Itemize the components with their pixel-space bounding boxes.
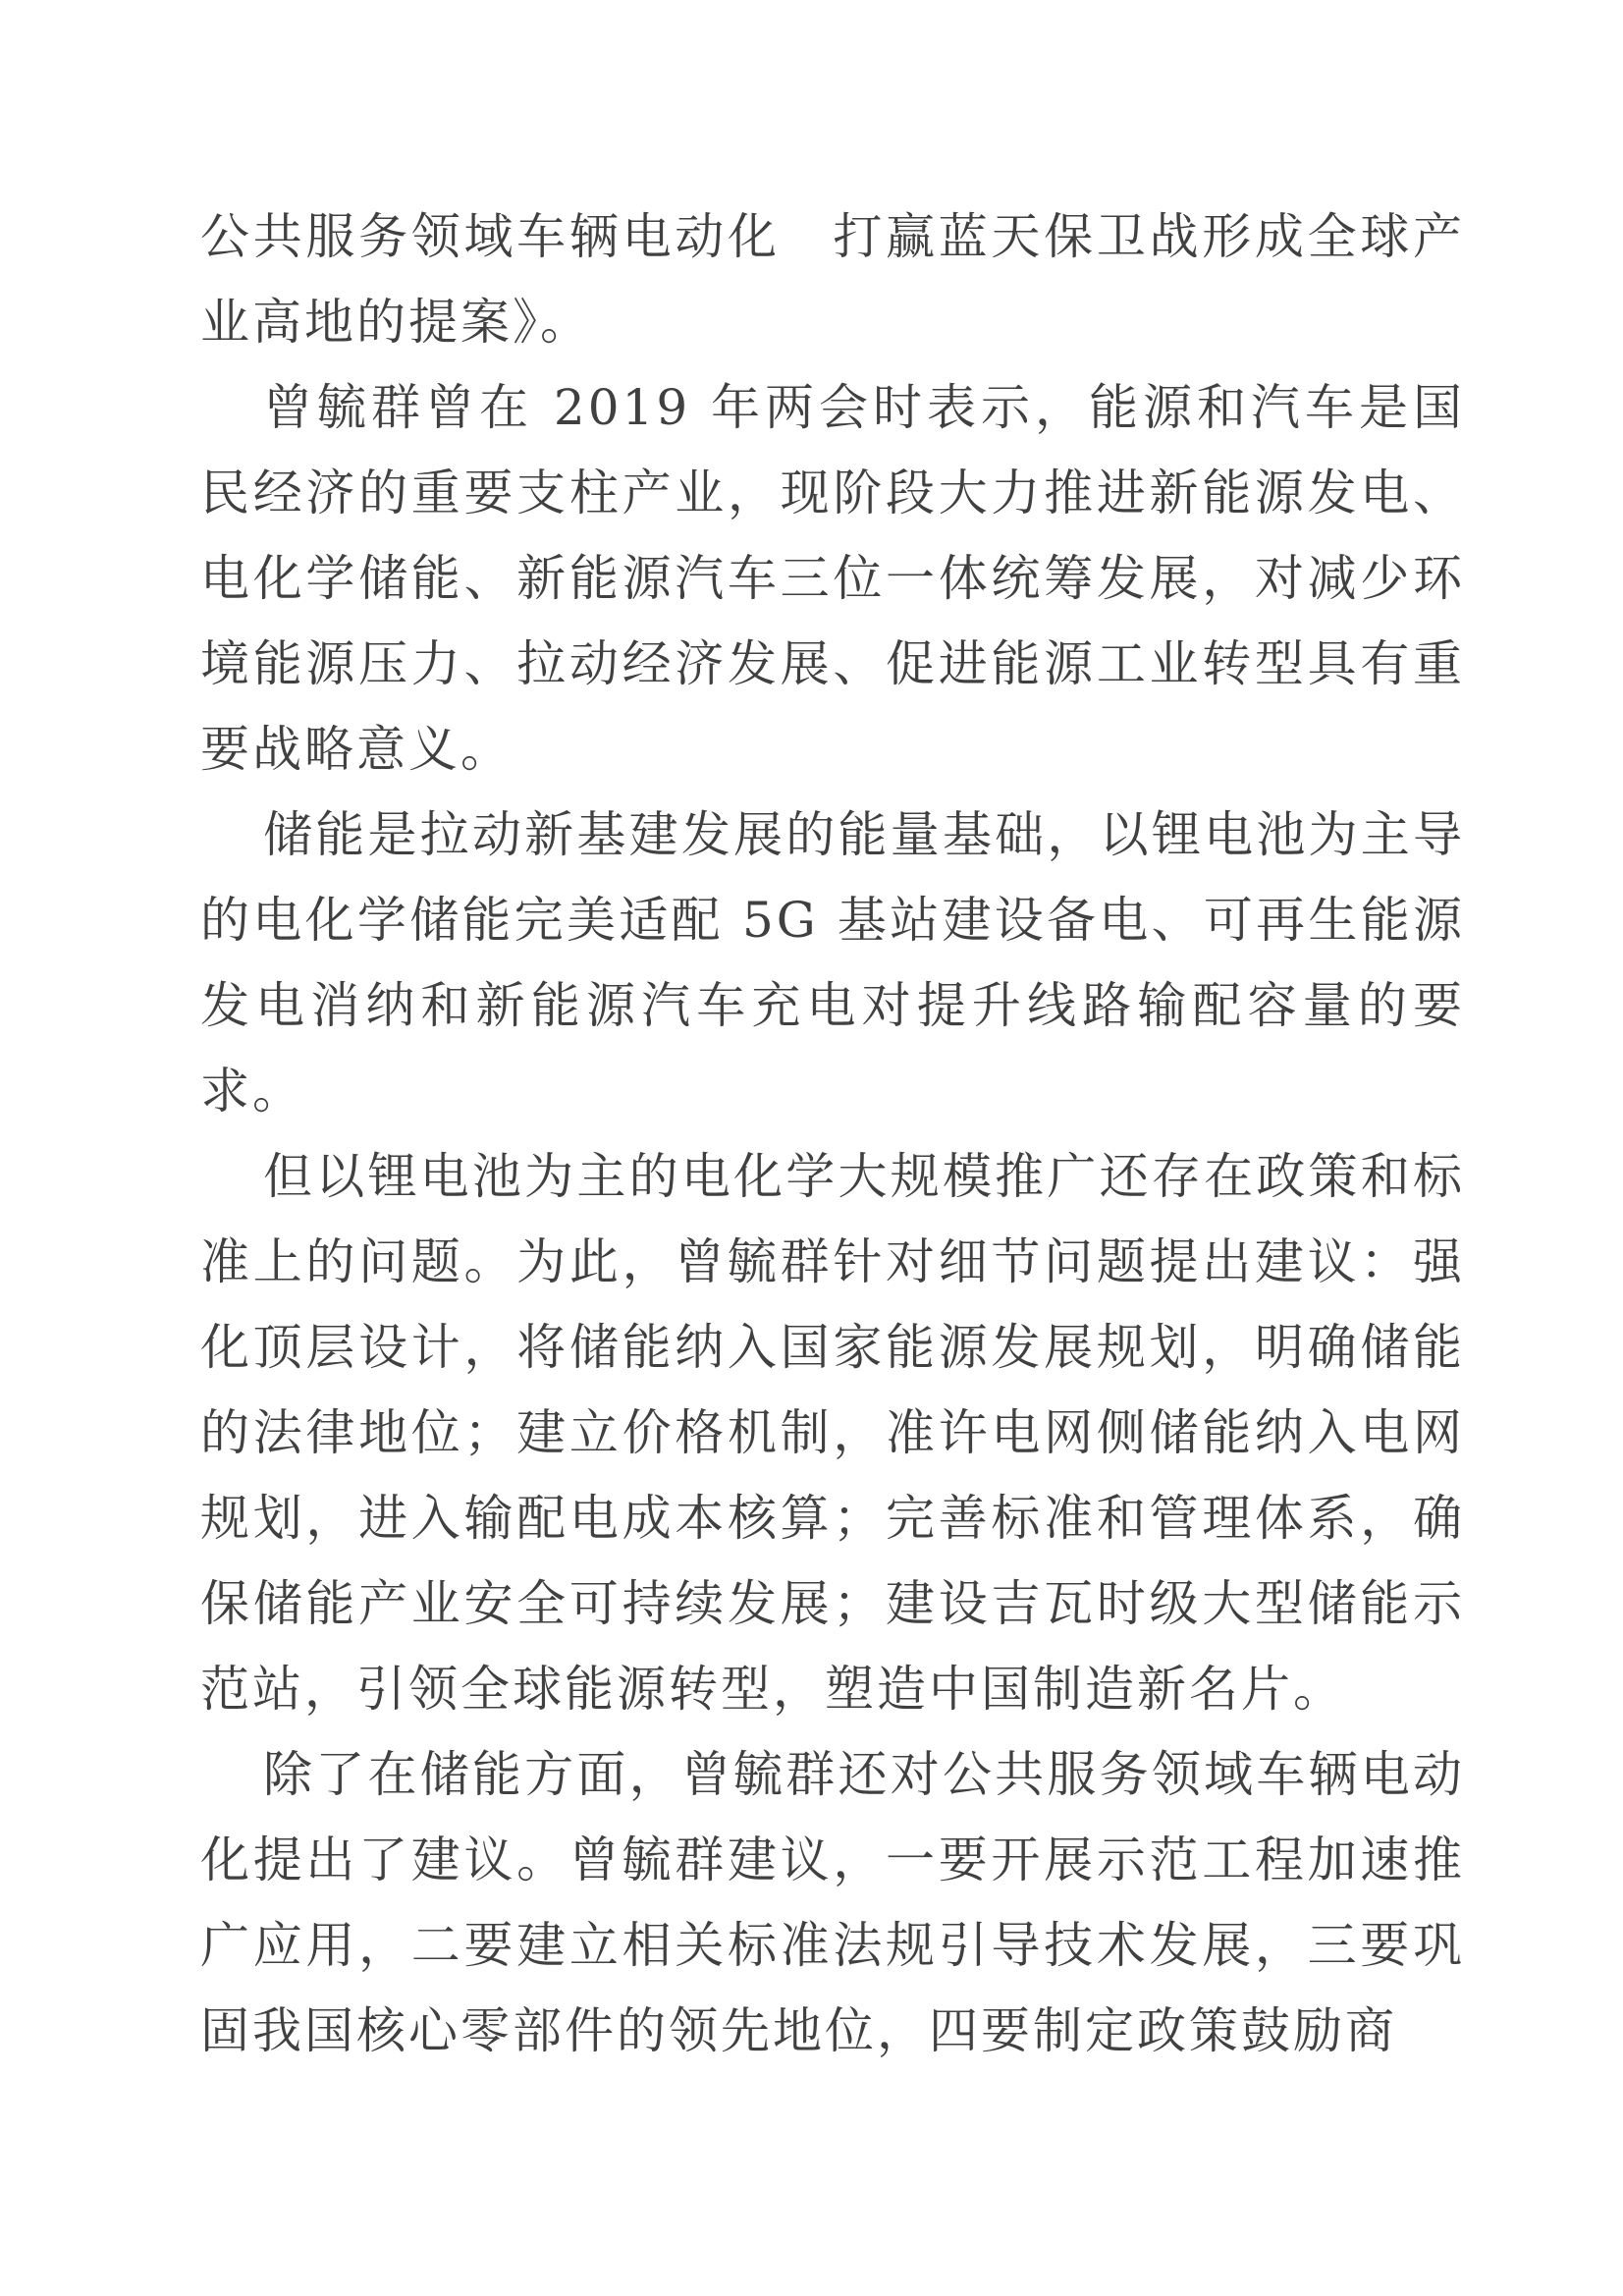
paragraph: 但以锂电池为主的电化学大规模推广还存在政策和标准上的问题。为此，曾毓群针对细节问… (200, 1134, 1465, 1732)
document-content: 公共服务领域车辆电动化 打赢蓝天保卫战形成全球产业高地的提案》。 曾毓群曾在 2… (200, 194, 1465, 2074)
paragraph: 公共服务领域车辆电动化 打赢蓝天保卫战形成全球产业高地的提案》。 (200, 194, 1465, 365)
paragraph: 储能是拉动新基建发展的能量基础，以锂电池为主导的电化学储能完美适配 5G 基站建… (200, 793, 1465, 1134)
paragraph: 曾毓群曾在 2019 年两会时表示，能源和汽车是国民经济的重要支柱产业，现阶段大… (200, 365, 1465, 793)
paragraph: 除了在储能方面，曾毓群还对公共服务领域车辆电动化提出了建议。曾毓群建议，一要开展… (200, 1732, 1465, 2074)
document-page: 公共服务领域车辆电动化 打赢蓝天保卫战形成全球产业高地的提案》。 曾毓群曾在 2… (0, 0, 1623, 2296)
